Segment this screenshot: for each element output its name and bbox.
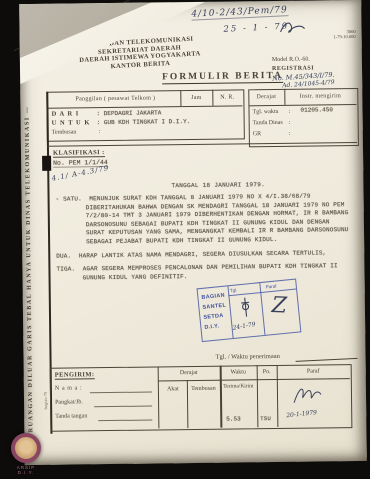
po-value: TSU <box>260 415 271 422</box>
penerimaan-underline <box>296 358 358 362</box>
edge-print-note: bagian 79 <box>43 392 48 410</box>
santel-routing-stamp: BAGIAN SANTEL SETDA D.I.Y. Tgl. Paraf 24… <box>197 278 302 342</box>
stamp-col2-header: Paraf <box>265 283 276 289</box>
handwritten-initial-squiggle <box>277 19 307 37</box>
dari-label: D A R I <box>52 110 80 117</box>
archive-watermark: ARSIP D.I.Y. <box>8 433 44 475</box>
message-paragraph-dua: DUA. HARAP LANTIK ATAS NAMA MENDAGRI, SE… <box>56 249 350 261</box>
waktu-value: 5.53 <box>226 415 240 422</box>
pangkat-label: Pangkat/Jb. <box>55 399 83 405</box>
paragraph-tiga-label: TIGA. <box>56 266 75 273</box>
stamp-col1-header: Tgl. <box>230 287 238 293</box>
dari-value: : DEPDAGRI JAKARTA <box>96 109 161 117</box>
registrasi-label: REGISTRASI <box>272 66 314 73</box>
handwritten-file-number: 4/10-2/43/Pem/79 <box>191 5 288 21</box>
nama-label: N a m a : <box>55 385 82 391</box>
tgl-waktu-label: Tgl. waktu <box>252 109 278 115</box>
derajat-col-header: Derajat <box>158 370 220 377</box>
left-margin-black-tab <box>42 156 51 171</box>
tgl-waktu-colon: : <box>288 109 290 115</box>
paragraph-satu-text: MENUNJUK SURAT KDH TANGGAL 8 JANUARI 197… <box>86 193 349 246</box>
tanda-dinas-colon: : <box>289 120 291 126</box>
stamp-handwritten-date: 24-1-79 <box>232 321 256 332</box>
archive-emblem-icon <box>11 433 41 463</box>
jam-header: Jam <box>180 95 212 101</box>
operator-signature <box>290 384 324 406</box>
tanda-dinas-label: Tanda Dinas <box>253 120 283 126</box>
print-code-line2: 1-79-10.000 <box>328 34 356 39</box>
penerimaan-label: Tgl. / Waktu penerimaan <box>215 353 279 361</box>
instr-mengirim-header: Instr. mengirim <box>284 93 356 100</box>
terima-kirim-label: Terima/Kirim <box>220 383 257 389</box>
untuk-label: U N T U K <box>52 119 91 126</box>
form-title: FORMULIR BERITA <box>162 71 283 84</box>
model-label: Model R.O.-60. <box>272 57 310 63</box>
gr-colon: : <box>289 131 291 137</box>
waktu-col-header: Waktu <box>220 369 257 375</box>
scanned-form-paper: 4/10-2/43/Pem/79 25 - 1 - 79 3060 1-79-1… <box>19 0 367 465</box>
tembusan-col-label: Tembusan <box>187 386 220 392</box>
paragraph-dua-text: HARAP LANTIK ATAS NAMA MENDAGRI, SEGERA … <box>79 249 327 259</box>
message-date-line: TANGGAL 18 JANUARI 1979. <box>171 181 265 189</box>
side-caption-vertical: — RUANGAN DILUAR GARIS TEBAL HANYA UNTUK… <box>24 104 34 444</box>
gr-label: GR <box>253 131 261 137</box>
nr-header: N. R. <box>212 94 242 100</box>
watermark-line2: D.I.Y. <box>8 470 44 475</box>
tanda-tangan-label: Tanda tangan <box>55 413 87 419</box>
akat-label: Akat <box>160 386 186 392</box>
stamp-paraf-initial: Z <box>271 293 287 319</box>
derajat-header: Derajat <box>248 94 284 100</box>
untuk-value: : GUB KDH TINGKAT I D.I.Y. <box>97 118 191 126</box>
message-paragraph-tiga: TIGA. AGAR SEGERA MEMPROSES PENCALONAN D… <box>56 262 350 283</box>
message-paragraph-satu: - SATU. MENUNJUK SURAT KDH TANGGAL 8 JAN… <box>56 192 351 247</box>
paragraph-satu-label: - SATU. <box>56 195 82 202</box>
klasifikasi-label: KLASIFIKASI : <box>53 149 105 158</box>
po-col-header: Po. <box>257 369 277 375</box>
paragraph-tiga-text: AGAR SEGERA MEMPROSES PENCALONAN DAN PEM… <box>83 262 338 281</box>
stamp-check-mark <box>239 296 253 319</box>
tembusan-colon: : <box>99 129 101 135</box>
tembusan-label: Tembusan <box>52 129 77 135</box>
paragraph-dua-label: DUA. <box>56 252 71 259</box>
paraf-col-header: Paraf <box>277 368 350 375</box>
pengirim-label: PENGIRIM: <box>55 371 95 379</box>
stamp-line4: D.I.Y. <box>204 320 229 332</box>
tgl-waktu-value: 01205.450 <box>300 106 332 113</box>
